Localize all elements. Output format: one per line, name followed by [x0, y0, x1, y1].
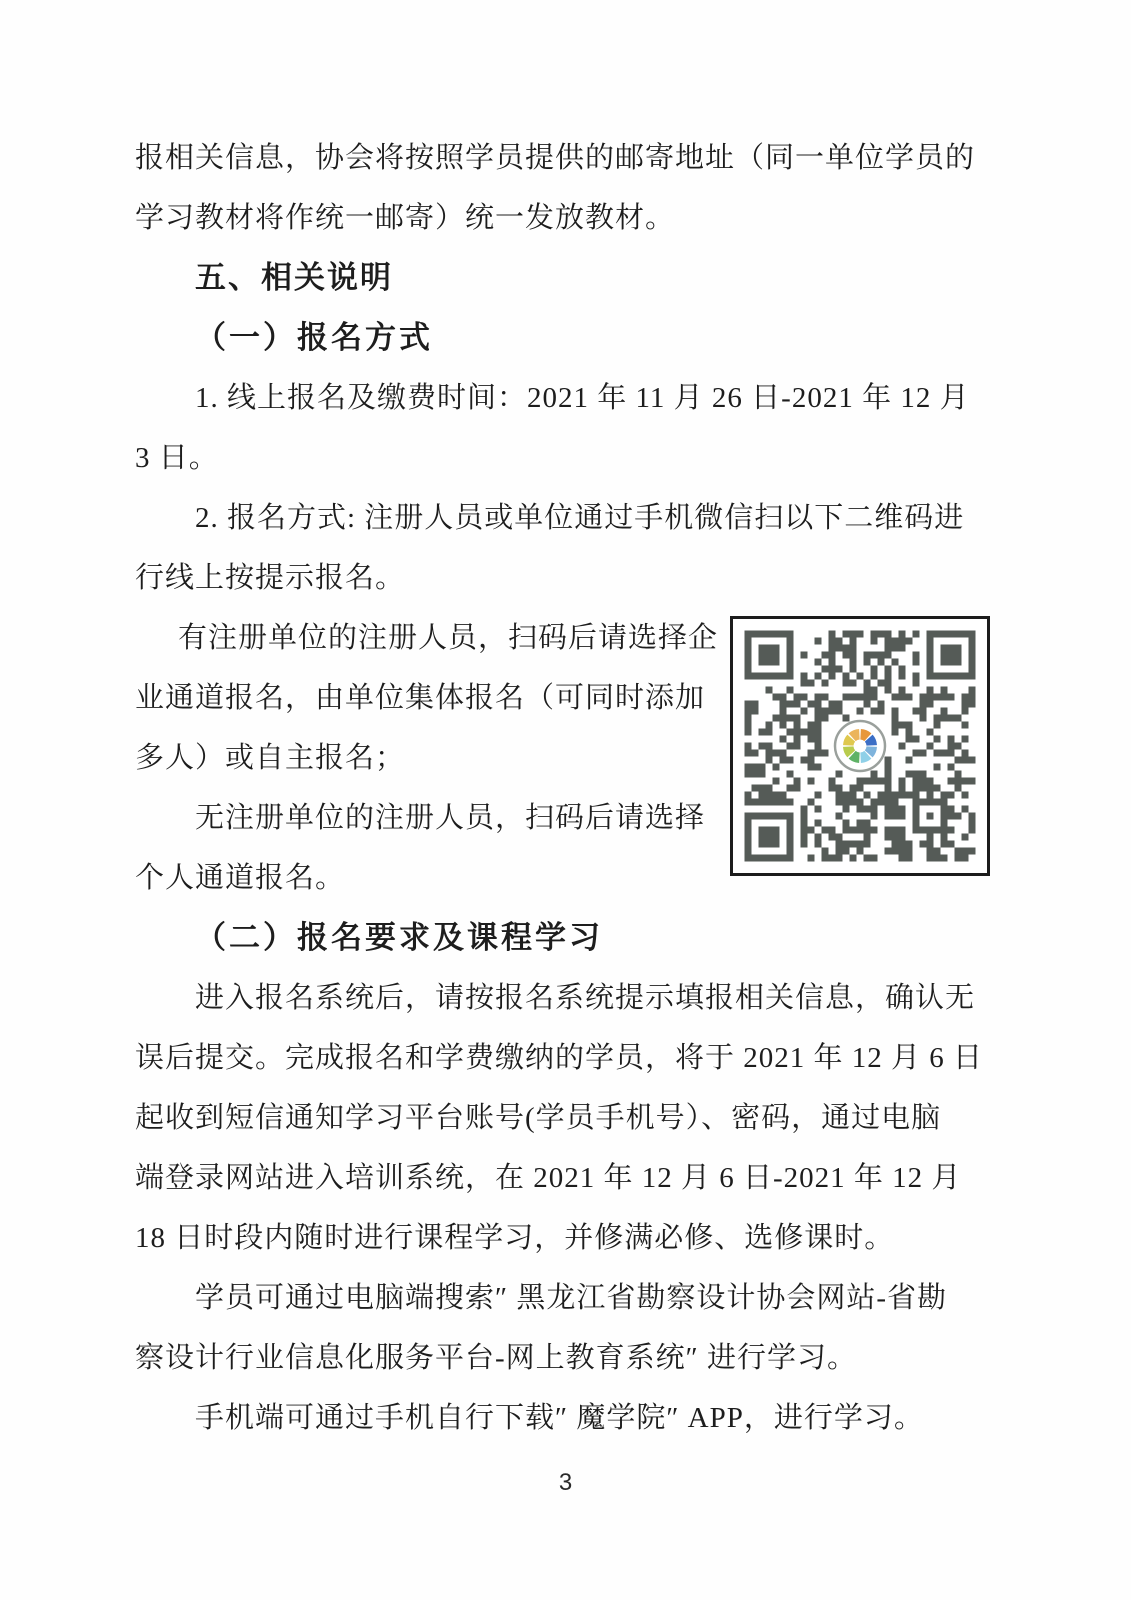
item-1-signup-time-line-1: 1. 线上报名及缴费时间：2021 年 11 月 26 日-2021 年 12 …	[135, 368, 965, 428]
para-pc-search-line-2: 察设计行业信息化服务平台-网上教育系统″ 进行学习。	[135, 1328, 965, 1388]
para-course-line-1: 进入报名系统后，请按报名系统提示填报相关信息，确认无	[135, 968, 965, 1028]
para-pc-search-line-1: 学员可通过电脑端搜索″ 黑龙江省勘察设计协会网站-省勘	[135, 1268, 965, 1328]
heading-section-5: 五、相关说明	[135, 248, 965, 308]
heading-sub-1-signup-method: （一）报名方式	[135, 308, 965, 368]
item-1-signup-time-line-2: 3 日。	[135, 428, 965, 488]
item-2-signup-way-line-1: 2. 报名方式: 注册人员或单位通过手机微信扫以下二维码进	[135, 488, 965, 548]
heading-sub-2-requirements: （二）报名要求及课程学习	[135, 908, 965, 968]
item-2-signup-way-line-2: 行线上按提示报名。	[135, 548, 965, 608]
para-course-line-5: 18 日时段内随时进行课程学习，并修满必修、选修课时。	[135, 1208, 965, 1268]
para-mobile-app: 手机端可通过手机自行下载″ 魔学院″ APP，进行学习。	[135, 1388, 965, 1448]
para-course-line-3: 起收到短信通知学习平台账号(学员手机号）、密码，通过电脑	[135, 1088, 965, 1148]
page-number: 3	[0, 1468, 1131, 1498]
para-mailing-line-2: 学习教材将作统一邮寄）统一发放教材。	[135, 188, 965, 248]
para-course-line-2: 误后提交。完成报名和学费缴纳的学员，将于 2021 年 12 月 6 日	[135, 1028, 965, 1088]
document-page: 报相关信息，协会将按照学员提供的邮寄地址（同一单位学员的 学习教材将作统一邮寄）…	[0, 0, 1131, 1600]
registration-qr-code	[730, 616, 990, 876]
para-mailing-line-1: 报相关信息，协会将按照学员提供的邮寄地址（同一单位学员的	[135, 128, 965, 188]
para-course-line-4: 端登录网站进入培训系统，在 2021 年 12 月 6 日-2021 年 12 …	[135, 1148, 965, 1208]
qr-code-image	[730, 616, 990, 876]
